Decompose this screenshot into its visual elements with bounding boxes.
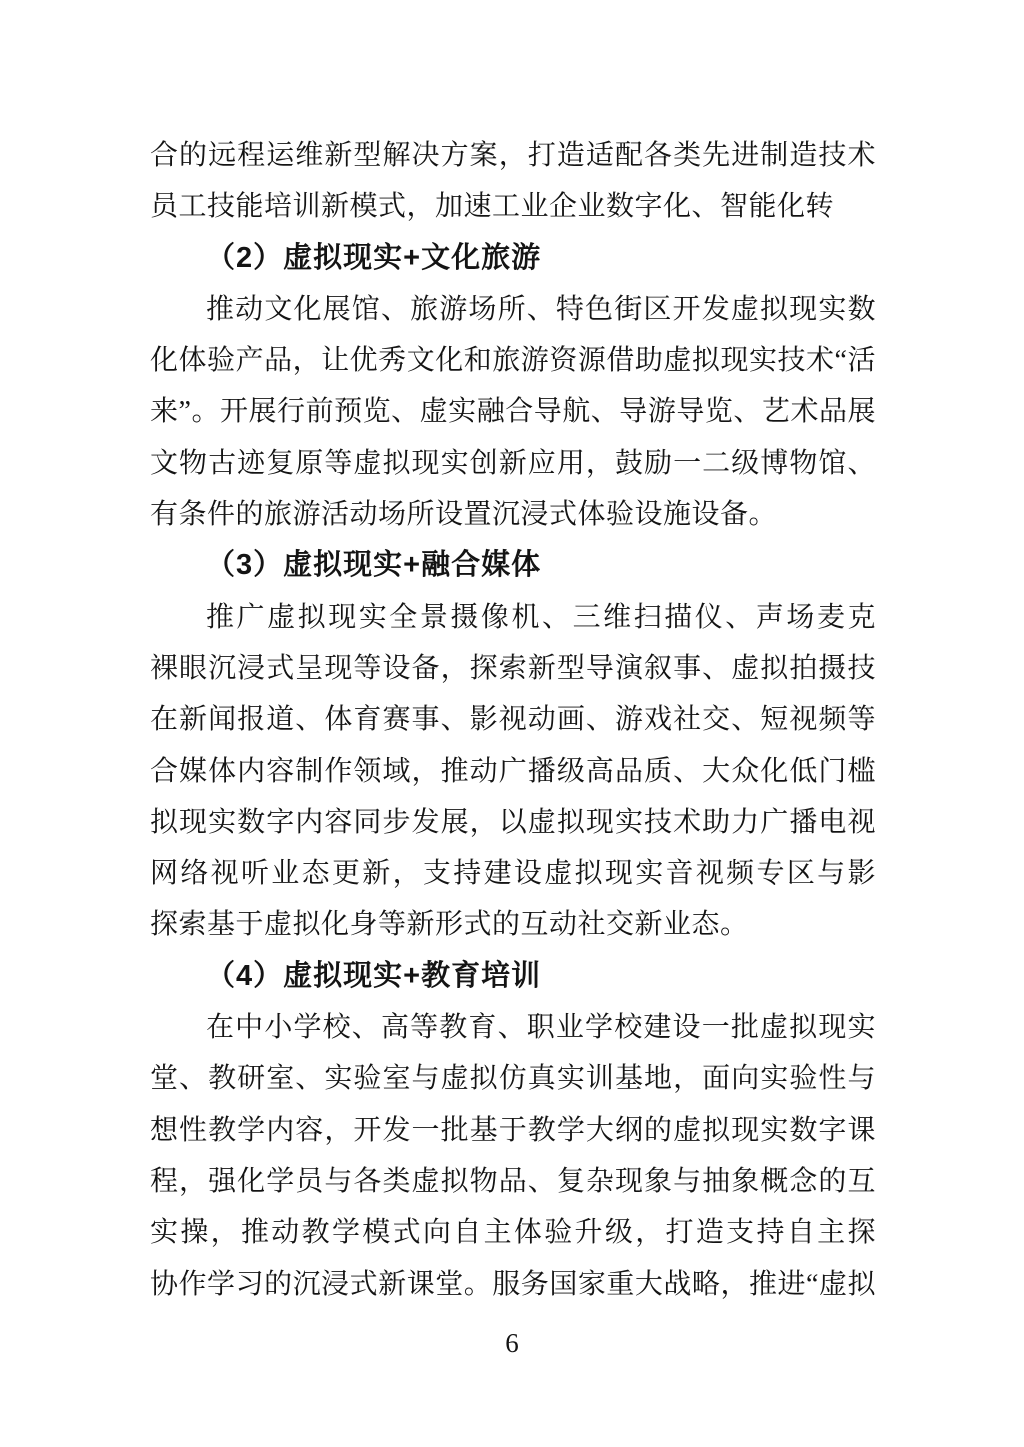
document-line: 裸眼沉浸式呈现等设备，探索新型导演叙事、虚拟拍摄技术， <box>150 643 876 694</box>
text-block: 合的远程运维新型解决方案，打造适配各类先进制造技术的员工技能培训新模式，加速工业… <box>150 130 876 1310</box>
document-line: （4）虚拟现实+教育培训 <box>150 951 876 1002</box>
document-line: 网络视听业态更新，支持建设虚拟现实音视频专区与影院， <box>150 848 876 899</box>
document-line: 探索基于虚拟化身等新形式的互动社交新业态。 <box>150 899 876 950</box>
document-line: 堂、教研室、实验室与虚拟仿真实训基地，面向实验性与联 <box>150 1053 876 1104</box>
document-line: 有条件的旅游活动场所设置沉浸式体验设施设备。 <box>150 489 876 540</box>
document-line: 合媒体内容制作领域，推动广播级高品质、大众化低门槛虚 <box>150 746 876 797</box>
document-line: 文物古迹复原等虚拟现实创新应用，鼓励一二级博物馆、具 <box>150 438 876 489</box>
document-line: 来”。开展行前预览、虚实融合导航、导游导览、艺术品展陈、 <box>150 386 876 437</box>
page-number: 6 <box>0 1328 1024 1359</box>
document-line: 在中小学校、高等教育、职业学校建设一批虚拟现实课 <box>150 1002 876 1053</box>
document-page: 合的远程运维新型解决方案，打造适配各类先进制造技术的员工技能培训新模式，加速工业… <box>0 0 1024 1447</box>
document-line: 合的远程运维新型解决方案，打造适配各类先进制造技术的 <box>150 130 876 181</box>
document-line: 想性教学内容，开发一批基于教学大纲的虚拟现实数字课 <box>150 1105 876 1156</box>
document-line: 推广虚拟现实全景摄像机、三维扫描仪、声场麦克风、 <box>150 592 876 643</box>
document-line: （2）虚拟现实+文化旅游 <box>150 233 876 284</box>
document-line: 协作学习的沉浸式新课堂。服务国家重大战略，推进“虚拟 <box>150 1259 876 1310</box>
document-line: 拟现实数字内容同步发展，以虚拟现实技术助力广播电视及 <box>150 797 876 848</box>
document-line: （3）虚拟现实+融合媒体 <box>150 540 876 591</box>
document-line: 推动文化展馆、旅游场所、特色街区开发虚拟现实数字 <box>150 284 876 335</box>
document-line: 在新闻报道、体育赛事、影视动画、游戏社交、短视频等融 <box>150 694 876 745</box>
document-line: 员工技能培训新模式，加速工业企业数字化、智能化转型。 <box>150 181 876 232</box>
document-line: 实操，推动教学模式向自主体验升级，打造支持自主探究、 <box>150 1207 876 1258</box>
document-line: 化体验产品，让优秀文化和旅游资源借助虚拟现实技术“活起 <box>150 335 876 386</box>
document-line: 程，强化学员与各类虚拟物品、复杂现象与抽象概念的互动 <box>150 1156 876 1207</box>
